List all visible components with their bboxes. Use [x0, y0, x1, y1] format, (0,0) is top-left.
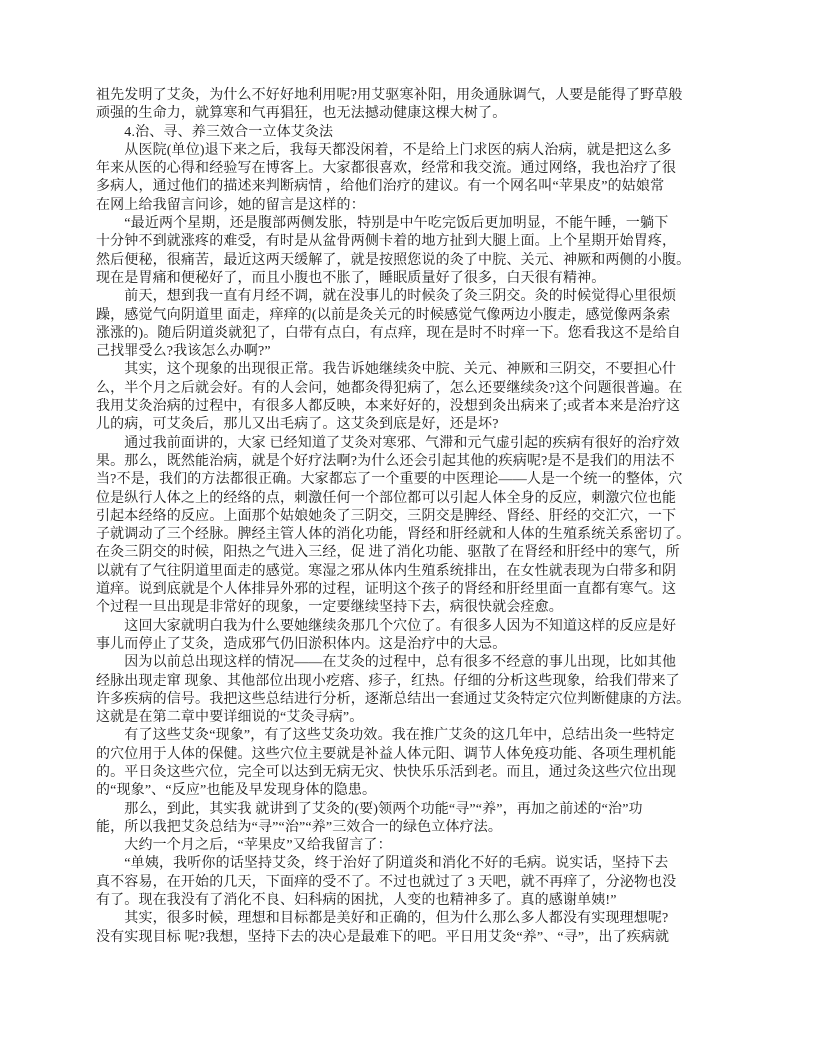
text-line: 这就是在第二章中要详细说的“艾灸寻病”。 — [96, 709, 732, 727]
text-line: 子就调动了三个经脉。脾经主管人体的消化功能，肾经和肝经就和人体的生殖系统关系密切… — [96, 526, 732, 544]
text-line: 事儿而停止了艾灸，造成邪气仍旧淤积体内。这是治疗中的大忌。 — [96, 636, 732, 654]
text-line: 引起本经络的反应。上面那个姑娘她灸了三阴交，三阴交是脾经、肾经、肝经的交汇穴，一… — [96, 508, 732, 526]
text-line: 顽强的生命力，就算寒和气再猖狂，也无法撼动健康这棵大树了。 — [96, 105, 732, 123]
text-line: 祖先发明了艾灸，为什么不好好地利用呢?用艾驱寒补阳，用灸通脉调气，人要是能得了野… — [96, 87, 732, 105]
text-line: 其实，很多时候，理想和目标都是美好和正确的，但为什么那么多人都没有实现理想呢? — [96, 910, 732, 928]
text-line: 十分钟不到就涨疼的难受，有时是从盆骨两侧卡着的地方扯到大腿上面。上个星期开始胃疼… — [96, 233, 732, 251]
text-line: 其实，这个现象的出现很正常。我告诉她继续灸中脘、关元、神厥和三阴交，不要担心什 — [96, 361, 732, 379]
text-line: 大约一个月之后，“苹果皮”又给我留言了： — [96, 837, 732, 855]
document-page: 祖先发明了艾灸，为什么不好好地利用呢?用艾驱寒补阳，用灸通脉调气，人要是能得了野… — [0, 0, 816, 1056]
text-line: 能，所以我把艾灸总结为“寻”“治”“养”三效合一的绿色立体疗法。 — [96, 819, 732, 837]
text-line: 4.治、寻、养三效合一立体艾灸法 — [96, 124, 732, 142]
text-line: 的。平日灸这些穴位，完全可以达到无病无灾、快快乐乐活到老。而且，通过灸这些穴位出… — [96, 764, 732, 782]
text-line: 多病人，通过他们的描述来判断病情 ，给他们治疗的建议。有一个网名叫“苹果皮”的姑… — [96, 178, 732, 196]
text-line: 在灸三阴交的时候，阳热之气进入三经，促 进了消化功能、驱散了在肾经和肝经中的寒气… — [96, 544, 732, 562]
text-line: 么，半个月之后就会好。有的人会问，她都灸得犯病了，怎么还要继续灸?这个问题很普遍… — [96, 380, 732, 398]
text-line: 因为以前总出现这样的情况——在艾灸的过程中，总有很多不经意的事儿出现，比如其他 — [96, 654, 732, 672]
text-line: 己找罪受么?我该怎么办啊?” — [96, 343, 732, 361]
text-line: 有了这些艾灸“现象”，有了这些艾灸功效。我在推广艾灸的这几年中，总结出灸一些特定 — [96, 727, 732, 745]
text-line: 当?不是，我们的方法都很正确。大家都忘了一个重要的中医理论——人是一个统一的整体… — [96, 471, 732, 489]
text-line: 那么，到此，其实我 就讲到了艾灸的(要)领两个功能“寻”“养”，再加之前述的“治… — [96, 801, 732, 819]
body-text: 祖先发明了艾灸，为什么不好好地利用呢?用艾驱寒补阳，用灸通脉调气，人要是能得了野… — [96, 87, 732, 947]
text-line: 真不容易，在开始的几天，下面痒的受不了。不过也就过了 3 天吧，就不再痒了，分泌… — [96, 874, 732, 892]
text-line: “单姨，我听你的话坚持艾灸，终于治好了阴道炎和消化不好的毛病。说实话，坚持下去 — [96, 855, 732, 873]
text-line: 我用艾灸治病的过程中，有很多人都反映，本来好好的，没想到灸出病来了;或者本来是治… — [96, 398, 732, 416]
text-line: 个过程一旦出现是非常好的现象，一定要继续坚持下去，病很快就会痊愈。 — [96, 599, 732, 617]
text-line: 道痒。说到底就是个人体排异外邪的过程，证明这个孩子的肾经和肝经里面一直都有寒气。… — [96, 581, 732, 599]
text-line: 从医院(单位)退下来之后，我每天都没闲着，不是给上门求医的病人治病，就是把这么多 — [96, 142, 732, 160]
text-line: 儿的病，可艾灸后，那儿又出毛病了。这艾灸到底是好，还是坏? — [96, 416, 732, 434]
text-line: 果。那么，既然能治病，就是个好疗法啊?为什么还会引起其他的疾病呢?是不是我们的用… — [96, 453, 732, 471]
text-line: 的穴位用于人体的保健。这些穴位主要就是补益人体元阳、调节人体免疫功能、各项生理机… — [96, 746, 732, 764]
text-line: 躁，感觉气向阴道里 面走，痒痒的(以前是灸关元的时候感觉气像两边小腹走，感觉像两… — [96, 307, 732, 325]
text-line: 许多疾病的信号。我把这些总结进行分析，逐渐总结出一套通过艾灸特定穴位判断健康的方… — [96, 691, 732, 709]
text-line: 位是纵行人体之上的经络的点，刺激任何一个部位都可以引起人体全身的反应，刺激穴位也… — [96, 490, 732, 508]
text-line: 的“现象”、“反应”也能及早发现身体的隐患。 — [96, 782, 732, 800]
text-line: 在网上给我留言问诊，她的留言是这样的： — [96, 197, 732, 215]
text-line: 年来从医的心得和经验写在博客上。大家都很喜欢，经常和我交流。通过网络，我也治疗了… — [96, 160, 732, 178]
text-line: 有了。现在我没有了消化不良、妇科病的困扰，人变的也精神多了。真的感谢单姨!” — [96, 892, 732, 910]
text-line: 前天，想到我一直有月经不调，就在没事儿的时候灸了灸三阴交。灸的时候觉得心里很烦 — [96, 288, 732, 306]
text-line: 通过我前面讲的，大家 已经知道了艾灸对寒邪、气滞和元气虚引起的疾病有很好的治疗效 — [96, 435, 732, 453]
text-line: 现在是胃痛和便秘好了，而且小腹也不胀了，睡眠质量好了很多，白天很有精神。 — [96, 270, 732, 288]
text-line: 然后便秘，很痛苦，最近这两天缓解了，就是按照您说的灸了中脘、关元、神厥和两侧的小… — [96, 252, 732, 270]
text-line: 以就有了气往阴道里面走的感觉。寒湿之邪从体内生殖系统排出，在女性就表现为白带多和… — [96, 563, 732, 581]
text-line: “最近两个星期，还是腹部两侧发胀，特别是中午吃完饭后更加明显，不能午睡，一躺下 — [96, 215, 732, 233]
text-line: 涨涨的)。随后阴道炎就犯了，白带有点白，有点痒，现在是时不时痒一下。您看我这不是… — [96, 325, 732, 343]
text-line: 这回大家就明白我为什么要她继续灸那几个穴位了。有很多人因为不知道这样的反应是好 — [96, 618, 732, 636]
text-line: 没有实现目标 呢?我想，坚持下去的决心是最难下的吧。平日用艾灸“养”、“寻”，出… — [96, 929, 732, 947]
text-line: 经脉出现走窜 现象、其他部位出现小疙瘩、疹子，红热。仔细的分析这些现象，给我们带… — [96, 673, 732, 691]
